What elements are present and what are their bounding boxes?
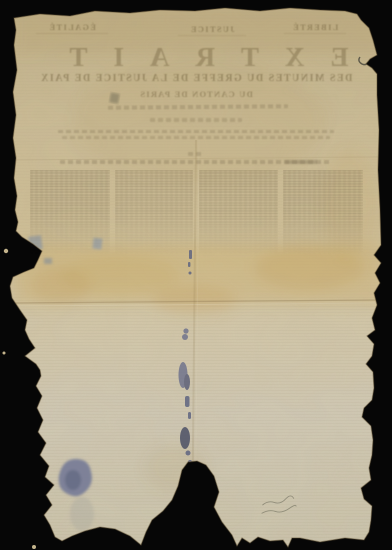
darker-text-patch — [285, 160, 317, 164]
header-corner-right: LIBERTÉ — [284, 23, 346, 34]
photo-of-damaged-document: ÉGALITÉ JUSTICE LIBERTÉ EXTRAIT DES MINU… — [0, 0, 392, 550]
illegible-line-3 — [60, 160, 332, 164]
text-column-3 — [199, 170, 278, 255]
header-corner-center: JUSTICE — [178, 25, 246, 36]
text-column-1 — [30, 170, 110, 255]
document-title: EXTRAIT — [0, 42, 392, 73]
illegible-line-1 — [58, 130, 334, 133]
document-subtitle: DES MINUTES DU GREFFE DE LA JUSTICE DE P… — [0, 73, 392, 84]
canton-line: DU CANTON DE PARIS — [0, 89, 392, 99]
text-column-4 — [283, 170, 363, 255]
section-mark — [188, 152, 203, 156]
header-corner-left: ÉGALITÉ — [36, 23, 108, 34]
illegible-line-short — [150, 118, 242, 122]
illegible-line-2 — [62, 136, 330, 139]
text-column-2 — [115, 170, 193, 255]
